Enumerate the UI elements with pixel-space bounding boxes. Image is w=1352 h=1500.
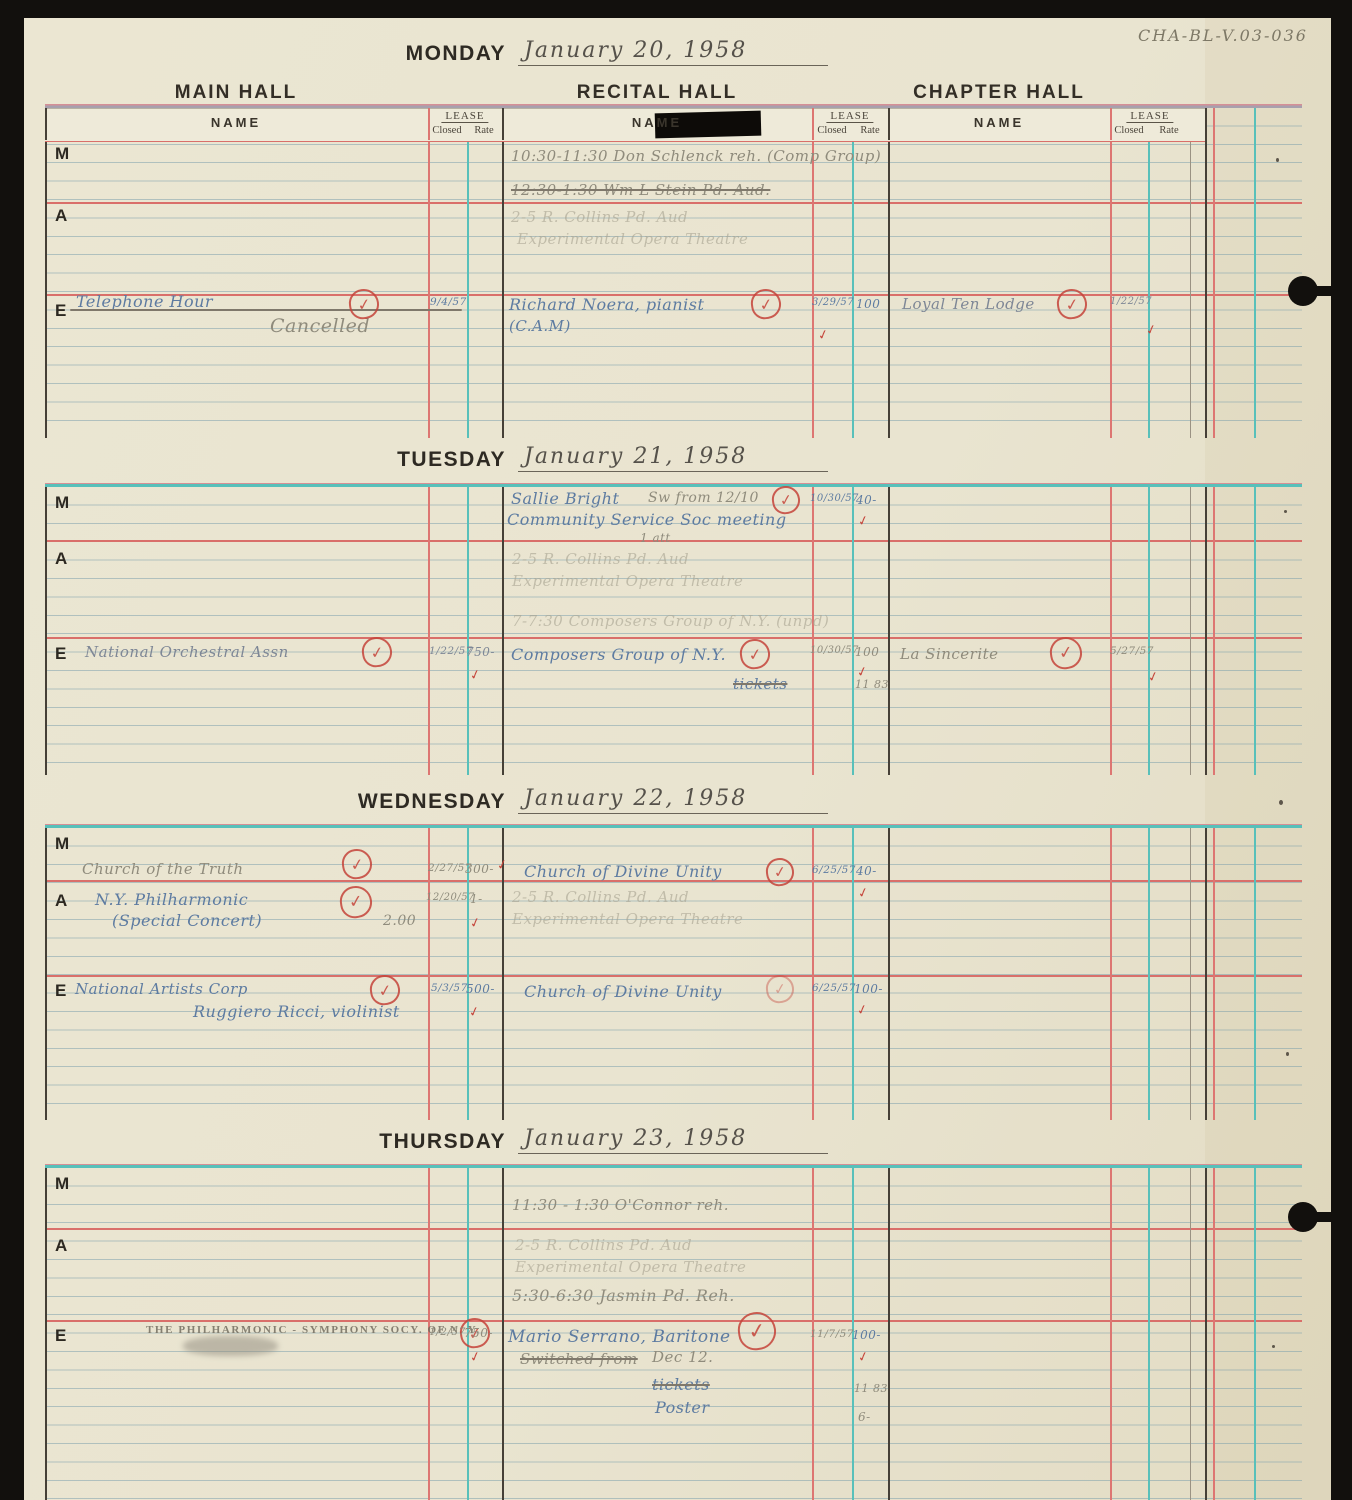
row-label-afternoon: A: [55, 891, 67, 911]
handwritten-entry: 40-: [856, 864, 877, 878]
row-label-afternoon: A: [55, 1236, 67, 1256]
column-rule-black: [1205, 828, 1207, 1120]
handwritten-entry: Church of the Truth: [82, 860, 244, 878]
row-label-morning: M: [55, 834, 69, 854]
handwritten-entry: 7-7:30 Composers Group of N.Y. (unpd): [512, 612, 829, 630]
column-rule-red: [1213, 487, 1215, 775]
column-header-closed: Closed: [432, 125, 461, 136]
handwritten-entry: 750-: [464, 1326, 493, 1340]
handwritten-entry: 2-5 R. Collins Pd. Aud: [511, 208, 688, 226]
strike-mark: [70, 309, 462, 311]
handwritten-entry: 3/29/57: [812, 297, 854, 308]
column-header-rate: Rate: [860, 125, 879, 136]
handwritten-entry: 6/25/57: [812, 864, 856, 876]
handwritten-entry: Loyal Ten Lodge: [902, 295, 1035, 313]
handwritten-entry: 10:30-11:30 Don Schlenck reh. (Comp Grou…: [511, 147, 881, 165]
column-header-name: NAME: [211, 115, 261, 130]
handwritten-entry: 1 att: [640, 531, 671, 545]
column-rule-red: [1110, 828, 1112, 1120]
column-rule-black: [502, 487, 504, 775]
column-header-closed: Closed: [1114, 125, 1143, 136]
hall-title: CHAPTER HALL: [913, 82, 1085, 104]
handwritten-entry: Sw from 12/10: [648, 490, 759, 506]
scan-speck: [1276, 158, 1279, 162]
column-rule-cyan: [1254, 828, 1256, 1120]
column-rule-cyan: [467, 108, 469, 438]
handwritten-entry: 100: [856, 297, 880, 311]
day-date-wednesday: January 22, 1958: [518, 786, 828, 814]
handwritten-entry: 11 83: [854, 1382, 888, 1395]
handwritten-entry: 10/30/57: [810, 645, 859, 656]
handwritten-entry: Composers Group of N.Y.: [511, 645, 726, 664]
column-rule-cyan: [1148, 828, 1150, 1120]
scanned-ledger-page: CHA-BL-V.03-036 MONDAYJanuary 20, 1958MA…: [0, 0, 1352, 1500]
column-rule-black: [45, 487, 47, 775]
handwritten-entry: 5/3/57: [431, 982, 468, 994]
day-title-tuesday: TUESDAYJanuary 21, 1958: [338, 444, 808, 472]
row-label-morning: M: [55, 1174, 69, 1194]
column-rule-red: [812, 487, 814, 775]
row-label-evening: E: [55, 644, 66, 664]
column-rule-gray: [1190, 487, 1191, 775]
column-rule-red: [428, 108, 430, 438]
handwritten-entry: 100-: [852, 1328, 881, 1342]
handwritten-entry: 9/4/57: [430, 296, 467, 308]
hole-punch-tail: [1305, 1212, 1352, 1222]
column-rule-gray: [1190, 108, 1191, 438]
handwritten-entry: Experimental Opera Theatre: [512, 572, 743, 590]
handwritten-entry: 6/25/57: [812, 982, 856, 994]
handwritten-entry: 1/22/57: [1110, 296, 1152, 307]
row-label-morning: M: [55, 144, 69, 164]
scan-speck: [1279, 800, 1283, 805]
column-rule-red: [1110, 108, 1112, 140]
handwritten-entry: tickets: [652, 1375, 710, 1394]
row-label-evening: E: [55, 301, 66, 321]
day-title-wednesday: WEDNESDAYJanuary 22, 1958: [338, 786, 808, 814]
handwritten-entry: (Special Concert): [112, 911, 262, 930]
hall-title: MAIN HALL: [175, 82, 297, 104]
day-name-monday: MONDAY: [338, 42, 518, 66]
handwritten-entry: Experimental Opera Theatre: [512, 910, 743, 928]
handwritten-entry: 2-5 R. Collins Pd. Aud: [515, 1236, 692, 1254]
column-rule-black: [888, 108, 890, 438]
column-header-lease: LEASE: [826, 110, 873, 123]
column-rule-black: [888, 828, 890, 1120]
column-rule-black: [1205, 108, 1207, 438]
column-header-name: NAME: [632, 115, 682, 130]
handwritten-entry: Experimental Opera Theatre: [515, 1258, 746, 1276]
row-label-evening: E: [55, 1326, 66, 1346]
handwritten-entry: Dec 12.: [652, 1348, 713, 1366]
column-rule-cyan: [1254, 487, 1256, 775]
column-rule-gray: [1190, 1168, 1191, 1500]
day-name-wednesday: WEDNESDAY: [338, 790, 518, 814]
handwritten-entry: Ruggiero Ricci, violinist: [193, 1002, 400, 1021]
column-rule-black: [1205, 487, 1207, 775]
column-rule-cyan: [1148, 487, 1150, 775]
column-rule-black: [1205, 1168, 1207, 1500]
day-name-thursday: THURSDAY: [338, 1130, 518, 1154]
column-rule-black: [502, 1168, 504, 1500]
column-rule-cyan: [467, 487, 469, 775]
row-label-afternoon: A: [55, 549, 67, 569]
handwritten-entry: Sallie Bright: [511, 489, 619, 508]
handwritten-entry: 2.00: [383, 913, 416, 929]
scan-speck: [1286, 1052, 1289, 1056]
handwritten-entry: Mario Serrano, Baritone: [508, 1327, 731, 1347]
handwritten-entry: Experimental Opera Theatre: [517, 230, 748, 248]
column-rule-black: [502, 108, 504, 438]
column-rule-red: [812, 108, 814, 140]
handwritten-entry: 750-: [466, 645, 495, 659]
column-rule-cyan: [1254, 108, 1256, 438]
row-label-evening: E: [55, 981, 66, 1001]
column-rule-red: [1213, 828, 1215, 1120]
handwritten-entry: Richard Noera, pianist: [509, 295, 704, 314]
column-header-lease: LEASE: [1126, 110, 1173, 123]
column-rule-black: [888, 1168, 890, 1500]
ruled-lines: [45, 487, 1302, 775]
handwritten-entry: 5/27/57: [1110, 645, 1154, 657]
handwritten-entry: 1/2/57: [429, 1326, 466, 1338]
handwritten-entry: 100: [855, 645, 879, 659]
column-header-name: NAME: [974, 115, 1024, 130]
column-rule-red: [428, 108, 430, 140]
row-label-afternoon: A: [55, 206, 67, 226]
handwritten-entry: 2-5 R. Collins Pd. Aud: [512, 550, 689, 568]
row-separator: [45, 1228, 1302, 1230]
day-title-thursday: THURSDAYJanuary 23, 1958: [338, 1126, 808, 1154]
column-rule-cyan: [1254, 1168, 1256, 1500]
handwritten-entry: Church of Divine Unity: [524, 982, 722, 1001]
column-rule-red: [1110, 1168, 1112, 1500]
column-header-rate: Rate: [474, 125, 493, 136]
handwritten-entry: National Orchestral Assn: [85, 643, 289, 661]
handwritten-entry: 11/7/57: [810, 1328, 854, 1340]
column-rule-black: [1205, 108, 1207, 140]
handwritten-entry: tickets: [733, 675, 787, 693]
column-rule-black: [45, 828, 47, 1120]
column-rule-black: [888, 487, 890, 775]
handwritten-entry: 300-: [465, 862, 494, 876]
archive-code: CHA-BL-V.03-036: [1138, 26, 1308, 45]
handwritten-entry: National Artists Corp: [75, 980, 248, 998]
day-date-thursday: January 23, 1958: [518, 1126, 828, 1154]
day-name-tuesday: TUESDAY: [338, 448, 518, 472]
scan-speck: [1284, 510, 1287, 513]
column-rule-black: [45, 1168, 47, 1500]
hall-title: RECITAL HALL: [577, 82, 738, 104]
handwritten-entry: 12/20/57: [426, 892, 475, 903]
column-rule-cyan: [1148, 108, 1150, 438]
column-header-lease: LEASE: [441, 110, 488, 123]
row-separator: [45, 540, 1302, 542]
handwritten-entry: 500-: [466, 982, 495, 996]
row-separator: [45, 1320, 1302, 1322]
handwritten-entry: Community Service Soc meeting: [507, 510, 787, 529]
column-rule-cyan: [852, 487, 854, 775]
column-rule-red: [428, 487, 430, 775]
day-title-monday: MONDAYJanuary 20, 1958: [338, 38, 808, 66]
handwritten-entry: 6-: [858, 1410, 871, 1424]
column-rule-red: [1213, 1168, 1215, 1500]
handwritten-entry: 5:30-6:30 Jasmin Pd. Reh.: [512, 1286, 735, 1305]
handwritten-entry: Cancelled: [270, 315, 370, 337]
column-rule-black: [888, 108, 890, 140]
day-date-tuesday: January 21, 1958: [518, 444, 828, 472]
handwritten-entry: La Sincerite: [900, 645, 999, 663]
column-rule-black: [502, 108, 504, 140]
row-separator: [45, 975, 1302, 977]
handwritten-entry: 1-: [470, 892, 483, 906]
column-rule-cyan: [1148, 1168, 1150, 1500]
handwritten-entry: (C.A.M): [509, 317, 571, 335]
hole-punch-tail: [1305, 286, 1352, 296]
scan-speck: [1272, 1345, 1275, 1348]
handwritten-entry: 12:30-1:30 Wm L Stein Pd. Aud.: [511, 181, 770, 199]
handwritten-entry: 11:30 - 1:30 O'Connor reh.: [512, 1196, 729, 1214]
handwritten-entry: Switched from: [520, 1350, 638, 1368]
handwritten-entry: N.Y. Philharmonic: [95, 890, 248, 909]
column-header-closed: Closed: [817, 125, 846, 136]
handwritten-entry: 40-: [856, 493, 877, 507]
column-rule-red: [1213, 108, 1215, 438]
row-separator: [45, 637, 1302, 639]
column-header-rate: Rate: [1159, 125, 1178, 136]
row-separator: [45, 202, 1302, 204]
handwritten-entry: Poster: [655, 1398, 710, 1417]
stamp-smudge: [183, 1336, 278, 1356]
column-rule-black: [45, 108, 47, 140]
handwritten-entry: Church of Divine Unity: [524, 862, 722, 881]
column-rule-red: [1110, 487, 1112, 775]
handwritten-entry: 11 83: [855, 678, 889, 691]
day-date-monday: January 20, 1958: [518, 38, 828, 66]
column-rule-black: [45, 108, 47, 438]
row-label-morning: M: [55, 493, 69, 513]
column-rule-red: [1110, 108, 1112, 438]
handwritten-entry: 100-: [854, 982, 883, 996]
handwritten-entry: 2-5 R. Collins Pd. Aud: [512, 888, 689, 906]
handwritten-entry: 10/30/57: [810, 493, 859, 504]
column-rule-gray: [1190, 828, 1191, 1120]
